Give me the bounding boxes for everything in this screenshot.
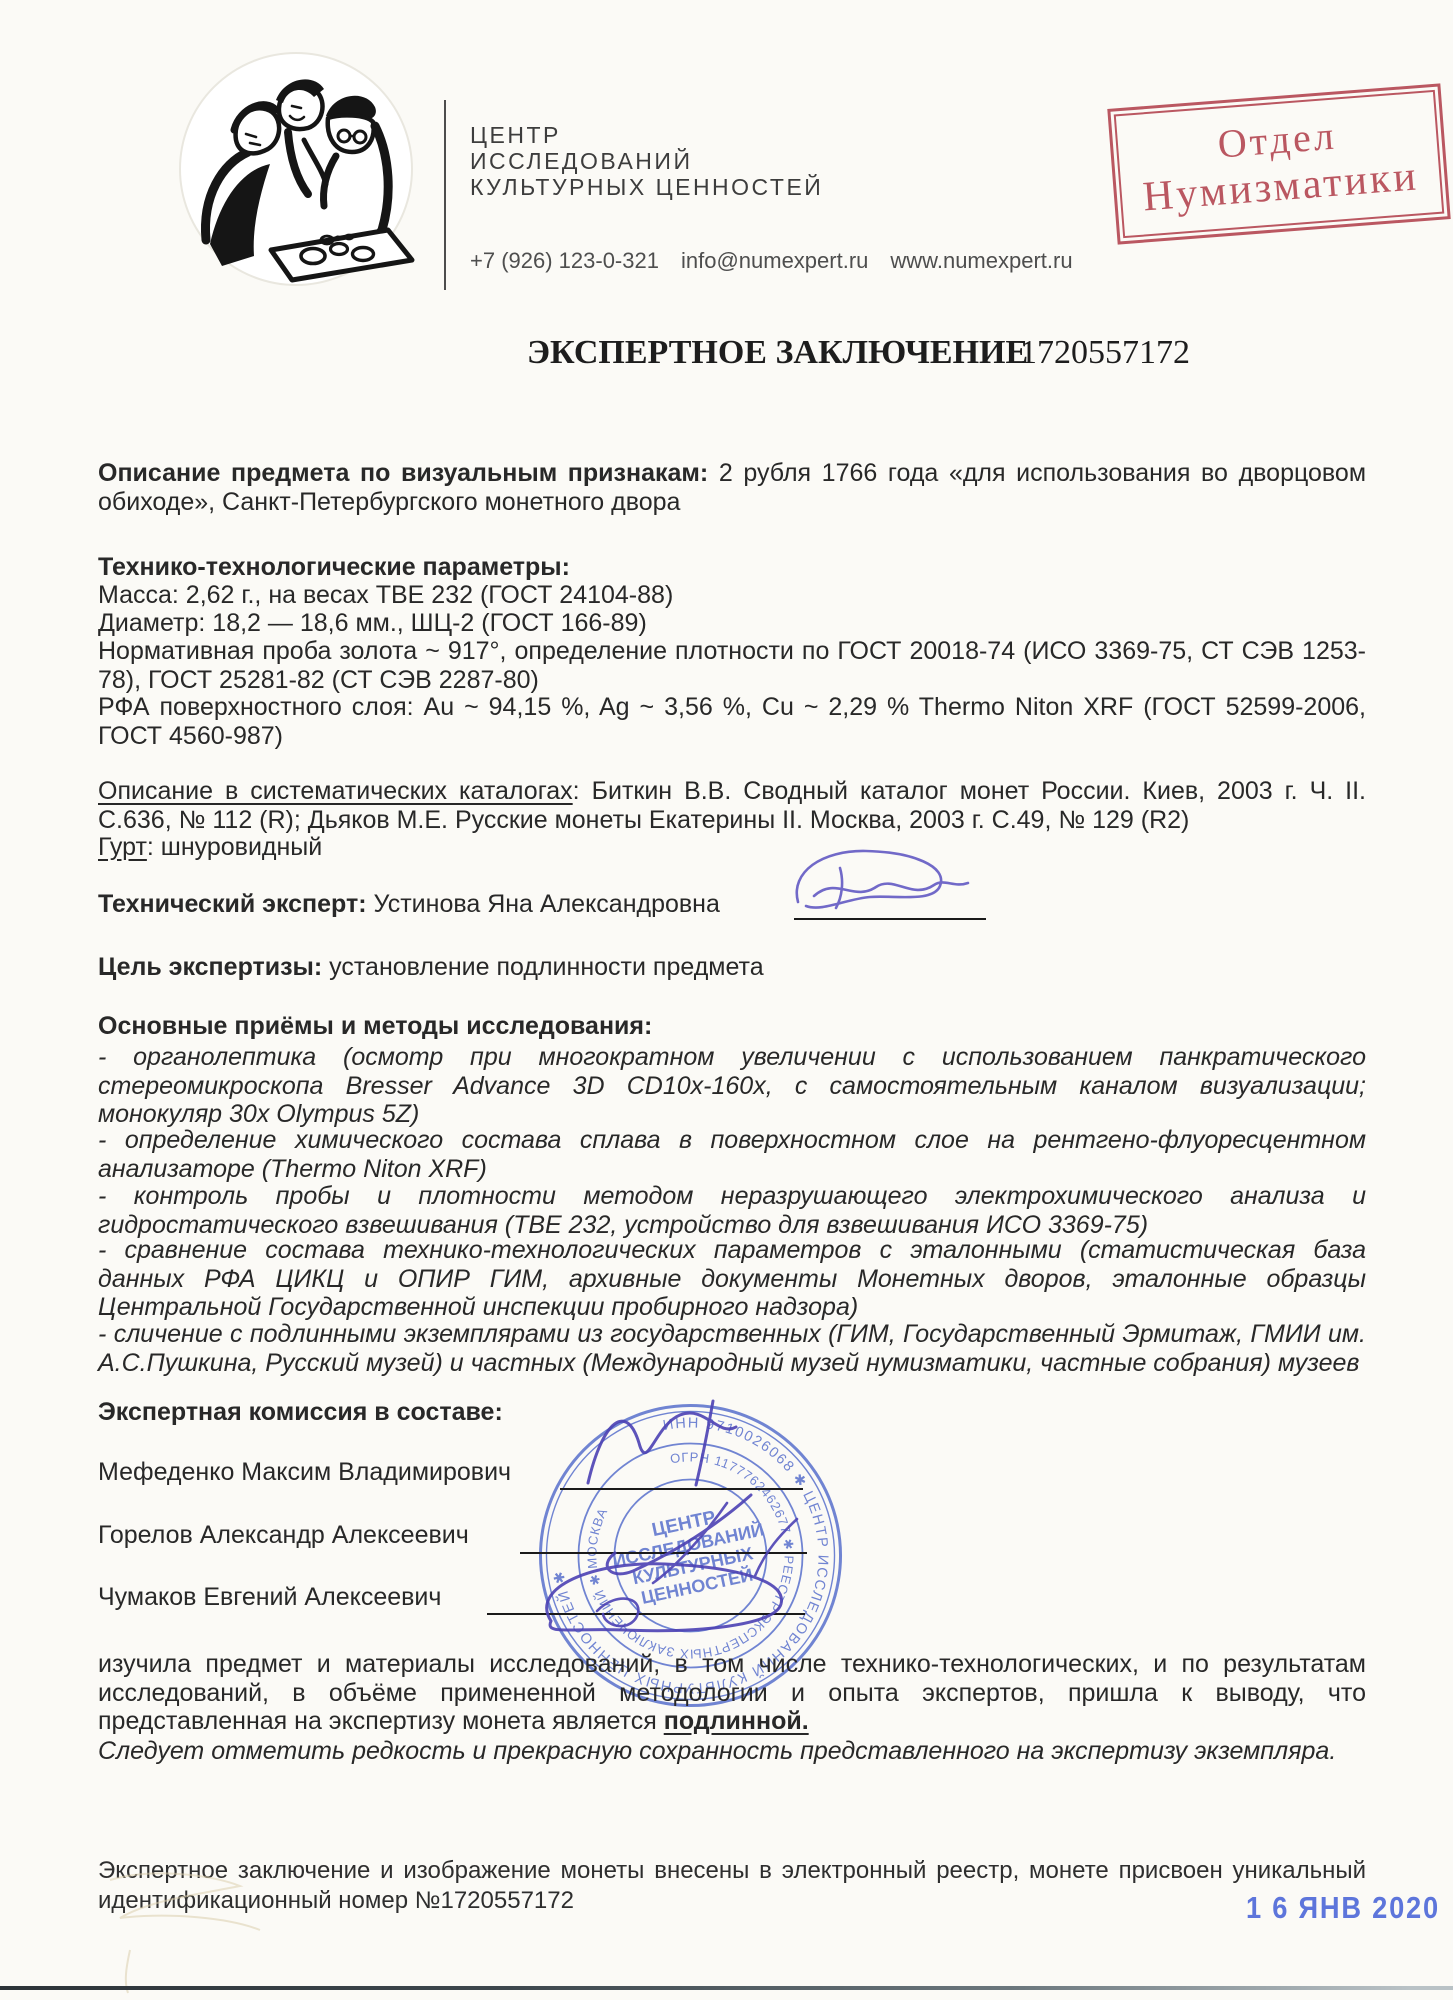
email-address[interactable]: info@numexpert.ru <box>681 248 868 274</box>
conclusion-note: Следует отметить редкость и прекрасную с… <box>98 1737 1366 1766</box>
numismatics-department-stamp: Отдел Нумизматики <box>1107 83 1450 244</box>
edge-text: : шнуровидный <box>147 833 322 861</box>
date-stamp: 1 6 ЯНВ 2020 <box>1246 1890 1440 1926</box>
tech-params-heading: Технико-технологические параметры: <box>98 553 1366 582</box>
method-item-4: - сравнение состава технико-технологичес… <box>98 1236 1366 1322</box>
document-number: 1720557172 <box>1020 334 1190 372</box>
commission-signature-line-3 <box>487 1613 805 1615</box>
tech-expert-paragraph: Технический эксперт: Устинова Яна Алекса… <box>98 890 1366 919</box>
scan-artifact <box>90 1860 450 1995</box>
tech-params-assay: Нормативная проба золота ~ 917°, определ… <box>98 637 1366 694</box>
method-item-5: - сличение с подлинными экземплярами из … <box>98 1320 1366 1377</box>
purpose-text: установление подлинности предмета <box>329 953 763 981</box>
header-divider <box>444 100 446 290</box>
catalogs-lead: Описание в систематических каталогах <box>98 777 573 805</box>
method-item-2: - определение химического состава сплава… <box>98 1126 1366 1183</box>
tech-expert-name: Устинова Яна Александровна <box>374 890 720 918</box>
expert-conclusion-document: ЦЕНТР ИССЛЕДОВАНИЙ КУЛЬТУРНЫХ ЦЕННОСТЕЙ … <box>0 0 1453 2000</box>
commission-member-3: Чумаков Евгений Алексеевич <box>98 1583 1366 1612</box>
methods-heading: Основные приёмы и методы исследования: <box>98 1012 1366 1041</box>
description-paragraph: Описание предмета по визуальным признака… <box>98 459 1366 516</box>
phone-number: +7 (926) 123-0-321 <box>470 248 659 274</box>
purpose-lead: Цель экспертизы: <box>98 953 329 981</box>
description-lead: Описание предмета по визуальным признака… <box>98 459 719 487</box>
tech-params-mass: Масса: 2,62 г., на весах ТВЕ 232 (ГОСТ 2… <box>98 581 1366 610</box>
org-name-line1: ЦЕНТР <box>470 122 823 148</box>
method-item-1: - органолептика (осмотр при многократном… <box>98 1043 1366 1129</box>
conclusion-verdict: подлинной. <box>664 1707 809 1735</box>
website-url[interactable]: www.numexpert.ru <box>890 248 1072 274</box>
commission-signature-line-2 <box>520 1552 807 1554</box>
org-name-line3: КУЛЬТУРНЫХ ЦЕННОСТЕЙ <box>470 174 823 200</box>
commission-signature-line-1 <box>560 1488 803 1490</box>
method-item-3: - контроль пробы и плотности методом нер… <box>98 1182 1366 1239</box>
red-stamp-line2: Нумизматики <box>1141 152 1420 221</box>
org-name: ЦЕНТР ИССЛЕДОВАНИЙ КУЛЬТУРНЫХ ЦЕННОСТЕЙ <box>470 122 823 200</box>
org-name-line2: ИССЛЕДОВАНИЙ <box>470 148 823 174</box>
scan-edge-line <box>0 1986 1453 1990</box>
tech-params-diameter: Диаметр: 18,2 — 18,6 мм., ШЦ-2 (ГОСТ 166… <box>98 609 1366 638</box>
edge-lead: Гурт <box>98 833 147 861</box>
catalogs-paragraph: Описание в систематических каталогах: Би… <box>98 777 1366 834</box>
commission-member-2: Горелов Александр Алексеевич <box>98 1521 1366 1550</box>
center-logo <box>176 44 416 294</box>
edge-paragraph: Гурт: шнуровидный <box>98 833 1366 862</box>
document-title: ЭКСПЕРТНОЕ ЗАКЛЮЧЕНИЕ <box>527 334 1028 372</box>
tech-expert-lead: Технический эксперт: <box>98 890 374 918</box>
conclusion-paragraph: изучила предмет и материалы исследований… <box>98 1650 1366 1736</box>
purpose-paragraph: Цель экспертизы: установление подлинност… <box>98 953 1366 982</box>
commission-member-1: Мефеденко Максим Владимирович <box>98 1458 1366 1487</box>
contact-row: +7 (926) 123-0-321 info@numexpert.ru www… <box>470 248 1073 274</box>
tech-params-xrf: РФА поверхностного слоя: Au ~ 94,15 %, A… <box>98 693 1366 750</box>
tech-expert-signature-line <box>794 918 986 920</box>
numismatics-department-stamp-inner: Отдел Нумизматики <box>1114 90 1445 238</box>
